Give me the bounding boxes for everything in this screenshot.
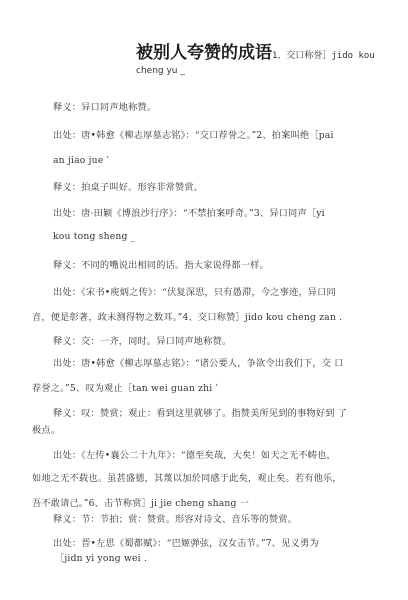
title-main: 被别人夸赞的成语	[136, 43, 272, 63]
text-line: kou tong sheng _	[53, 231, 135, 242]
title-sub: 1、交口称誉］jido kou	[272, 51, 375, 61]
text-line: 荐誉之。”5、叹为观止［tan wei guan zhi ˈ	[32, 380, 218, 394]
text-line: an jiao jue ˈ	[53, 155, 109, 166]
text-line: 出处：晋•左思《蜀都赋》：“巴姬弹弦，汉女击节。”7、见义勇为	[53, 535, 319, 549]
text-line: 释义：不同的嘴说出相同的话。指大家说得都一样。	[53, 257, 269, 271]
text-line: 极点。	[32, 422, 60, 436]
text-line: 释义：叹：赞赏；观止：看到这里就够了。指赞美所见到的事物好到 了	[53, 405, 347, 419]
text-line: 释义：节：节拍；赏：赞赏。形容对诗文、音乐等的赞赏。	[53, 511, 297, 525]
text-line: 出处：《宋书•庾炳之传》：“伏复深思，只有愚滞，今之事迹，异口同	[53, 284, 336, 298]
text-line: 出处：《左传•襄公二十九年》：“德至矣哉，大矣！如天之无不帱也，	[53, 447, 336, 461]
text-line: 出处：唐•韩愈《柳志厚墓志铭》：“交口荐誉之。”2、拍案叫绝［pai	[53, 127, 334, 141]
text-line: 出处：唐•韩愈《柳志厚墓志铭》：“诸公要人，争欲令出我们下，交 口	[53, 355, 344, 369]
text-line: 如地之无不载也。虽甚盛德，其蔑以加於同感于此矣，观止矣。若有他乐，	[32, 470, 342, 484]
text-line: 音，便是彰著，政未测得物之数耳。”4、交口称赞］jido kou cheng z…	[32, 309, 342, 323]
document-title: 被别人夸赞的成语1、交口称誉］jido kou	[136, 38, 375, 63]
text-line: 释义：拍桌子叫好。形容非常赞赏。	[53, 179, 203, 193]
text-line: 释义：交：一齐，同时。异口同声地称赞。	[53, 333, 231, 347]
text-line: 释义：异口同声地称赞。	[53, 99, 156, 113]
text-line: 吾不敢请己。”6、击节称赏］ji jie cheng shang 一	[32, 495, 249, 509]
text-line: 出处：唐·田颖《博浪沙行序》：“不禁拍案呼奇。”3、异口同声［yi	[53, 205, 325, 219]
text-line: ［jidn yi yong wei .	[55, 550, 147, 564]
title-line2: cheng yu _	[136, 66, 185, 76]
